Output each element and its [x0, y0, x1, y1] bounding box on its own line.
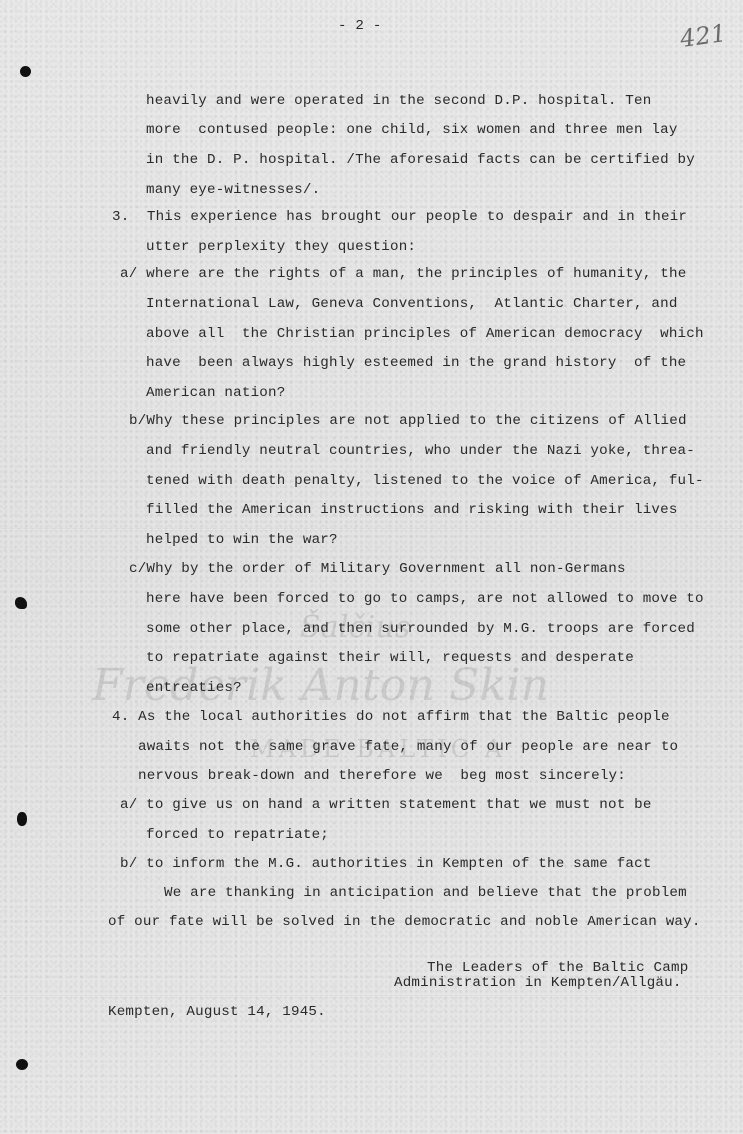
document-text-line: of our fate will be solved in the democr…: [108, 913, 701, 931]
document-text-line: more contused people: one child, six wom…: [146, 121, 678, 139]
punch-hole-icon: [15, 597, 27, 609]
handwritten-archive-number: 421: [678, 19, 728, 53]
document-text-line: have been always highly esteemed in the …: [146, 354, 686, 372]
document-text-line: and friendly neutral countries, who unde…: [146, 442, 695, 460]
document-text-line: c/Why by the order of Military Governmen…: [129, 560, 626, 578]
punch-hole-icon: [17, 812, 27, 826]
document-text-line: in the D. P. hospital. /The aforesaid fa…: [146, 151, 695, 169]
document-text-line: helped to win the war?: [146, 531, 338, 549]
document-text-line: a/ where are the rights of a man, the pr…: [120, 265, 686, 283]
document-text-line: b/ to inform the M.G. authorities in Kem…: [120, 855, 652, 873]
document-text-line: a/ to give us on hand a written statemen…: [120, 796, 652, 814]
document-text-line: tened with death penalty, listened to th…: [146, 472, 704, 490]
document-text-line: here have been forced to go to camps, ar…: [146, 590, 704, 608]
document-text-line: Administration in Kempten/Allgäu.: [394, 974, 682, 992]
document-text-line: nervous break-down and therefore we beg …: [138, 767, 626, 785]
document-text-line: 3. This experience has brought our peopl…: [112, 208, 687, 226]
document-text-line: to repatriate against their will, reques…: [146, 649, 634, 667]
document-text-line: filled the American instructions and ris…: [146, 501, 678, 519]
document-text-line: entreaties?: [146, 679, 242, 697]
document-text-line: b/Why these principles are not applied t…: [129, 412, 687, 430]
document-text-line: forced to repatriate;: [146, 826, 329, 844]
page-number: - 2 -: [338, 18, 382, 34]
document-text-line: 4. As the local authorities do not affir…: [112, 708, 670, 726]
document-text-line: utter perplexity they question:: [146, 238, 416, 256]
paper-fold-line: [0, 995, 743, 998]
document-text-line: awaits not the same grave fate, many of …: [138, 738, 678, 756]
document-text-line: many eye-witnesses/.: [146, 181, 320, 199]
document-text-line: American nation?: [146, 384, 285, 402]
document-text-line: International Law, Geneva Conventions, A…: [146, 295, 678, 313]
paper-fold-line: [0, 528, 743, 531]
document-text-line: above all the Christian principles of Am…: [146, 325, 704, 343]
document-page: Šalčius Frederik Anton Skin MADE BALTIC …: [0, 0, 743, 1134]
document-text-line: some other place, and then surrounded by…: [146, 620, 695, 638]
document-text-line: We are thanking in anticipation and beli…: [164, 884, 687, 902]
document-text-line: heavily and were operated in the second …: [146, 92, 651, 110]
document-text-line: Kempten, August 14, 1945.: [108, 1003, 326, 1021]
punch-hole-icon: [16, 1059, 28, 1070]
punch-hole-icon: [20, 66, 31, 77]
